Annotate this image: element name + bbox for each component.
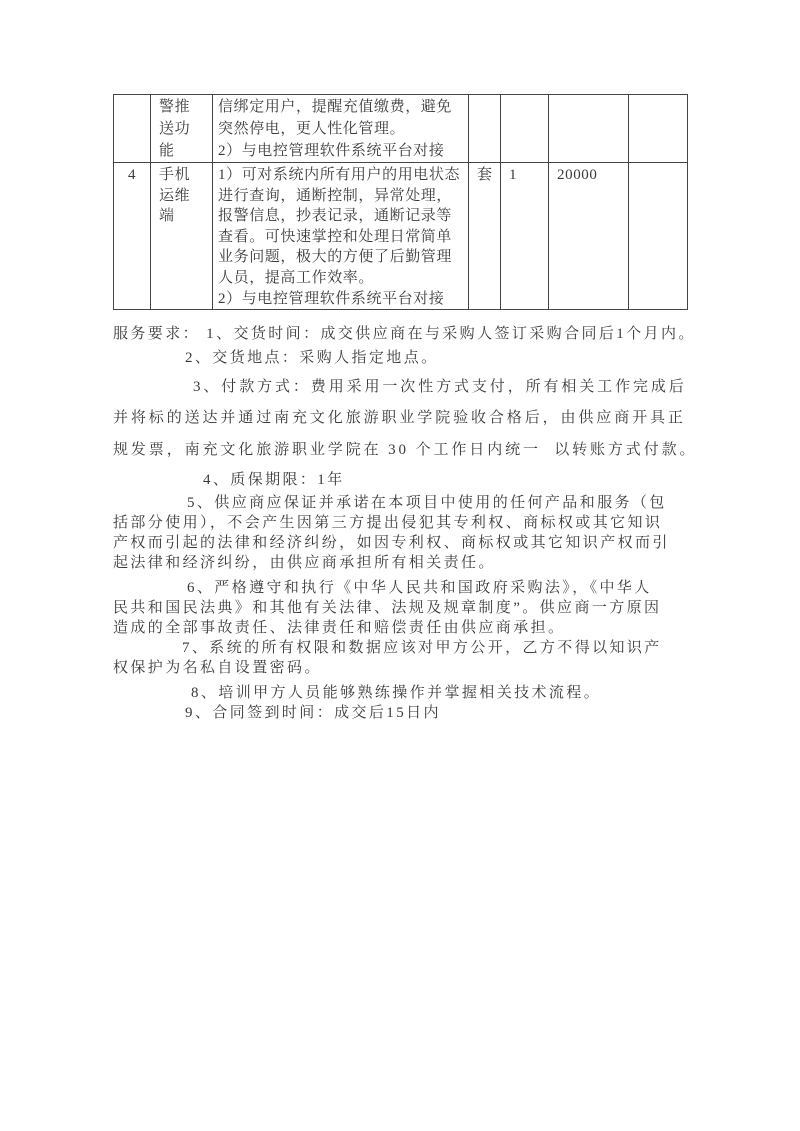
service-line-9: 产权而引起的法律和经济纠纷，如因专利权、商标权或其它知识产权而引 <box>113 533 713 553</box>
cell-price: 20000 <box>549 163 629 310</box>
cell-item-name: 警推 送功 能 <box>151 95 213 163</box>
document-page: 警推 送功 能 信绑定用户，提醒充值缴费，避免 突然停电，更人性化管理。 2）与… <box>0 0 800 1131</box>
service-line-4: 并将标的送达并通过南充文化旅游职业学院验收合格后，由供应商开具正 <box>113 408 713 428</box>
cell-unit <box>469 95 501 163</box>
service-line-14: 7、系统的所有权限和数据应该对甲方公开，乙方不得以知识产 <box>113 638 713 658</box>
service-line-12: 民共和国民法典》和其他有关法律、法规及规章制度”。供应商一方原因 <box>113 598 713 618</box>
service-line-8: 括部分使用），不会产生因第三方提出侵犯其专利权、商标权或其它知识 <box>113 513 713 533</box>
service-line-15: 权保护为名私自设置密码。 <box>113 658 713 678</box>
service-line-1: 服务要求： 1、交货时间：成交供应商在与采购人签订采购合同后1个月内。 <box>113 324 713 344</box>
service-line-13: 造成的全部事故责任、法律责任和赔偿责任由供应商承担。 <box>113 618 713 638</box>
cell-quantity <box>501 95 549 163</box>
service-line-1-text: 1、交货时间：成交供应商在与采购人签订采购合同后1个月内。 <box>200 326 696 342</box>
cell-remark <box>629 95 688 163</box>
service-line-11: 6、严格遵守和执行《中华人民共和国政府采购法》，《中华人 <box>113 578 713 598</box>
cell-item-name: 手机 运维 端 <box>151 163 213 310</box>
cell-description: 1）可对系统内所有用户的用电状态 进行查询，通断控制，异常处理， 报警信息，抄表… <box>213 163 469 310</box>
service-line-7: 5、供应商应保证并承诺在本项目中使用的任何产品和服务（包 <box>113 493 713 513</box>
procurement-spec-table: 警推 送功 能 信绑定用户，提醒充值缴费，避免 突然停电，更人性化管理。 2）与… <box>113 94 688 310</box>
cell-price <box>549 95 629 163</box>
service-line-16: 8、培训甲方人员能够熟练操作并掌握相关技术流程。 <box>113 683 713 703</box>
table-row: 4 手机 运维 端 1）可对系统内所有用户的用电状态 进行查询，通断控制，异常处… <box>114 163 688 310</box>
service-line-6: 4、质保期限：1年 <box>113 470 713 490</box>
service-line-3: 3、付款方式：费用采用一次性方式支付，所有相关工作完成后 <box>113 377 713 397</box>
service-requirements-label: 服务要求： <box>113 326 200 342</box>
service-line-17: 9、合同签到时间：成交后15日内 <box>113 703 713 723</box>
service-line-5: 规发票，南充文化旅游职业学院在 30 个工作日内统一 以转账方式付款。 <box>113 440 713 460</box>
cell-index: 4 <box>114 163 151 310</box>
service-line-10: 起法律和经济纠纷，由供应商承担所有相关责任。 <box>113 553 713 573</box>
cell-description: 信绑定用户，提醒充值缴费，避免 突然停电，更人性化管理。 2）与电控管理软件系统… <box>213 95 469 163</box>
cell-remark <box>629 163 688 310</box>
service-requirements-section: 服务要求： 1、交货时间：成交供应商在与采购人签订采购合同后1个月内。 2、交货… <box>113 324 713 723</box>
cell-index <box>114 95 151 163</box>
table-row: 警推 送功 能 信绑定用户，提醒充值缴费，避免 突然停电，更人性化管理。 2）与… <box>114 95 688 163</box>
cell-unit: 套 <box>469 163 501 310</box>
service-line-2: 2、交货地点：采购人指定地点。 <box>113 348 713 368</box>
cell-quantity: 1 <box>501 163 549 310</box>
